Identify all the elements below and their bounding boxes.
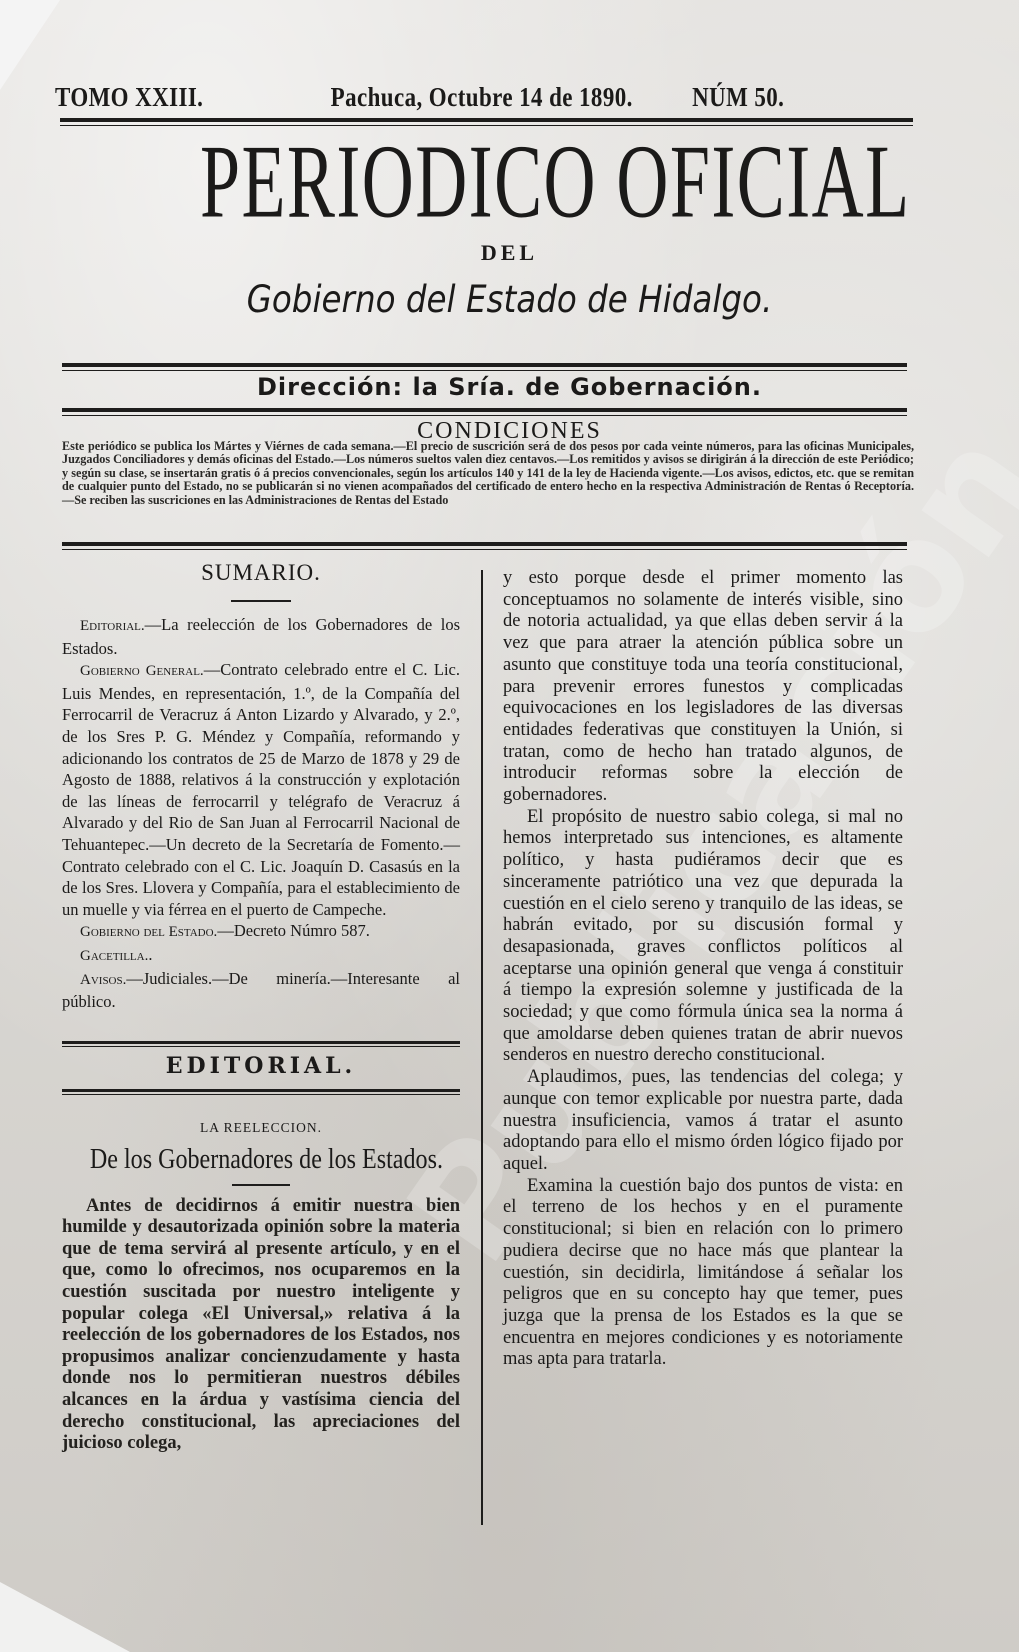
article-kicker: LA REELECCION. [62,1120,460,1136]
sumario-item: Editorial.—La reelección de los Gobernad… [62,614,460,659]
newspaper-subtitle: Gobierno del Estado de Hidalgo. [61,278,958,321]
sumario-item: Avisos.—Judiciales.—De minería.—Interesa… [62,968,460,1013]
left-column: SUMARIO. Editorial.—La reelección de los… [62,560,460,1455]
direccion-rule-bottom [62,408,907,412]
editorial-heading: EDITORIAL. [62,1044,460,1089]
article-body-left: Antes de decidirnos á emitir nuestra bie… [62,1196,460,1455]
sumario-rule [231,600,291,602]
article-paragraph: El propósito de nuestro sabio colega, si… [503,807,903,1067]
article-paragraph: Aplaudimos, pues, las tendencias del col… [503,1067,903,1176]
column-divider [481,570,483,1525]
section-rule [62,542,907,546]
newspaper-page: Publicación TOMO XXIII. Pachuca, Octubre… [0,0,1019,1652]
headline-rule [232,1184,290,1186]
editorial-section: EDITORIAL. LA REELECCION. De los Goberna… [62,1041,460,1455]
sumario-item: Gacetilla.. [62,944,460,968]
editorial-rule-bottom [62,1089,460,1092]
direccion-rule-top [62,363,907,367]
newspaper-title: PERIODICO OFICIAL [200,132,776,232]
direccion-line: Dirección: la Sría. de Gobernación. [0,373,1019,401]
place-date: Pachuca, Octubre 14 de 1890. [331,82,633,113]
torn-corner [0,0,60,90]
sumario-item: Gobierno del Estado.—Decreto Númro 587. [62,920,460,944]
article-paragraph: Antes de decidirnos á emitir nuestra bie… [62,1196,460,1455]
masthead-rule [60,118,913,122]
article-headline: De los Gobernadores de los Estados. [90,1144,432,1176]
sumario: SUMARIO. Editorial.—La reelección de los… [62,560,460,1013]
volume-number: TOMO XXIII. [55,82,203,113]
article-paragraph: y esto porque desde el primer momento la… [503,568,903,807]
right-column: y esto porque desde el primer momento la… [503,568,903,1371]
editorial-rule-top [62,1041,460,1044]
article-paragraph: Examina la cuestión bajo dos puntos de v… [503,1176,903,1371]
torn-bottom-edge [0,1582,130,1652]
masthead-top-line: TOMO XXIII. Pachuca, Octubre 14 de 1890.… [55,82,784,113]
issue-number: NÚM 50. [692,82,784,113]
condiciones-text: Este periódico se publica los Mártes y V… [62,440,914,507]
sumario-item: Gobierno General.—Contrato celebrado ent… [62,659,460,920]
sumario-title: SUMARIO. [62,560,460,586]
title-del: DEL [0,240,1019,266]
